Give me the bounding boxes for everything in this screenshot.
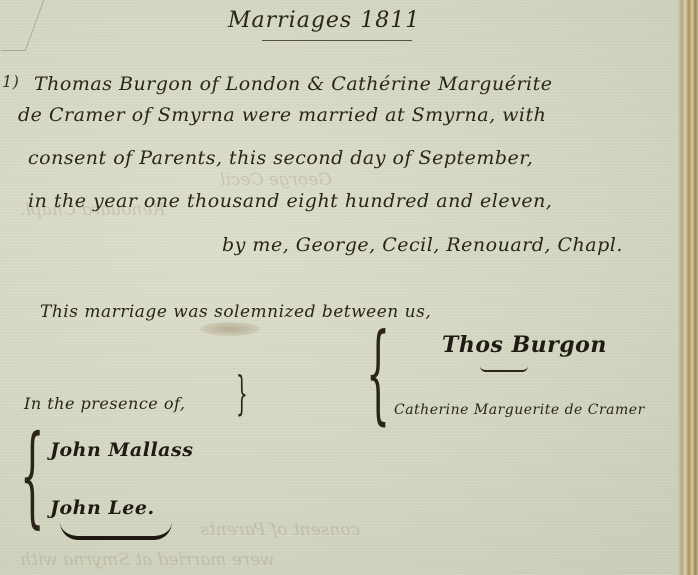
heading-underline bbox=[262, 40, 412, 41]
entry-line: consent of Parents, this second day of S… bbox=[28, 147, 533, 169]
bride-signature: Catherine Marguerite de Cramer bbox=[394, 402, 645, 418]
bleed-through-text: George Cecil bbox=[220, 170, 332, 190]
signature-brace: { bbox=[366, 320, 390, 428]
bleed-through-text: consent of Parents bbox=[200, 520, 360, 540]
register-page: Renouard Chapl. George Cecil consent of … bbox=[0, 0, 698, 575]
margin-check-mark bbox=[1, 0, 45, 51]
entry-line: de Cramer of Smyrna were married at Smyr… bbox=[18, 104, 546, 126]
witness-brace: { bbox=[20, 420, 45, 530]
presence-brace: } bbox=[236, 370, 248, 416]
entry-line: in the year one thousand eight hundred a… bbox=[28, 190, 552, 212]
officiant-line: by me, George, Cecil, Renouard, Chapl. bbox=[222, 234, 623, 256]
ink-stain bbox=[200, 322, 260, 336]
presence-label: In the presence of, bbox=[24, 394, 185, 413]
signature-flourish bbox=[60, 522, 172, 540]
entry-number: 1) bbox=[2, 72, 19, 91]
page-heading: Marriages 1811 bbox=[228, 8, 420, 33]
groom-signature: Thos Burgon bbox=[442, 332, 607, 358]
book-binding-edge bbox=[678, 0, 698, 575]
witness-signature: John Mallass bbox=[50, 439, 193, 461]
signature-flourish bbox=[480, 366, 528, 372]
witness-signature: John Lee. bbox=[50, 497, 155, 519]
bleed-through-text: were married at Smyrna with bbox=[20, 550, 275, 570]
entry-line: Thomas Burgon of London & Cathérine Marg… bbox=[34, 73, 552, 95]
